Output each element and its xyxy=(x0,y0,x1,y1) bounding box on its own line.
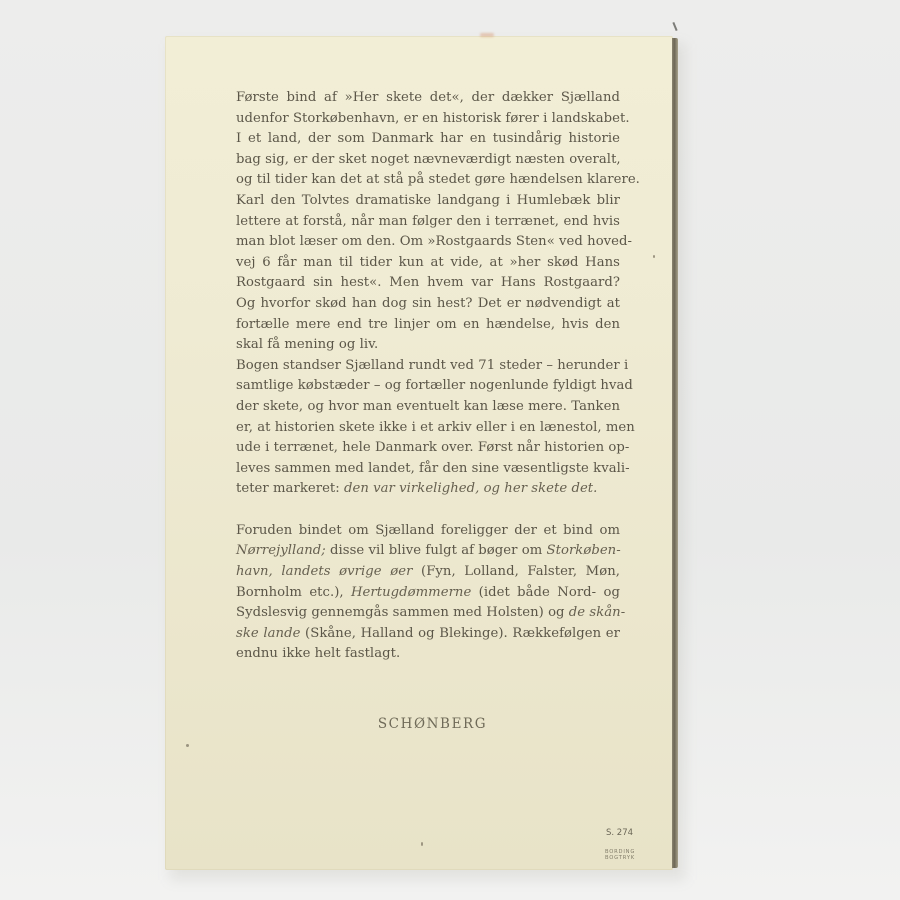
italic-title: Nørrejylland; xyxy=(236,543,326,558)
photo-scene: Første bind af »Her skete det«, der dækk… xyxy=(0,0,900,900)
text-line: teter markeret: den var virkelighed, og … xyxy=(236,479,620,500)
text-fragment: Bornholm etc.), xyxy=(236,585,351,600)
text-fragment: Sydslesvig gennemgås sammen med Holsten)… xyxy=(236,605,569,620)
printer-imprint: BORDING BOGTRYK xyxy=(605,849,635,861)
paragraph-intro: Første bind af »Her skete det«, der dækk… xyxy=(236,88,620,356)
italic-title: havn, landets øvrige øer xyxy=(236,564,412,579)
text-line: fortælle mere end tre linjer om en hænde… xyxy=(236,315,620,336)
blurb-text: Første bind af »Her skete det«, der dækk… xyxy=(236,88,620,665)
dust-speck xyxy=(186,744,189,747)
text-fragment: teter markeret: xyxy=(236,481,344,496)
text-fragment: (idet både Nord- og xyxy=(471,585,620,600)
paragraph-description: Bogen standser Sjælland rundt ved 71 ste… xyxy=(236,356,620,500)
text-line: der skete, og hvor man eventuelt kan læs… xyxy=(236,397,620,418)
paragraph-series: Foruden bindet om Sjælland foreligger de… xyxy=(236,521,620,665)
dust-speck xyxy=(653,255,655,258)
text-line: Karl den Tolvtes dramatiske landgang i H… xyxy=(236,191,620,212)
text-line: bag sig, er der sket noget nævneværdigt … xyxy=(236,150,620,171)
publisher-name: SCHØNBERG xyxy=(165,716,700,732)
text-line: havn, landets øvrige øer (Fyn, Lolland, … xyxy=(236,562,620,583)
text-line: Foruden bindet om Sjælland foreligger de… xyxy=(236,521,620,542)
text-line: man blot læser om den. Om »Rostgaards St… xyxy=(236,232,620,253)
italic-title: Hertugdømmerne xyxy=(351,585,471,600)
book-spine-edge xyxy=(672,38,678,868)
italic-quote: den var virkelighed, og her skete det. xyxy=(344,481,597,496)
text-line: ske lande (Skåne, Halland og Blekinge). … xyxy=(236,624,620,645)
text-line: Første bind af »Her skete det«, der dækk… xyxy=(236,88,620,109)
text-line: ude i terrænet, hele Danmark over. Først… xyxy=(236,438,620,459)
text-line: skal få mening og liv. xyxy=(236,335,620,356)
text-line: udenfor Storkøbenhavn, er en historisk f… xyxy=(236,109,620,130)
text-fragment: disse vil blive fulgt af bøger om xyxy=(326,543,547,558)
italic-title: de skån- xyxy=(569,605,625,620)
text-line: Bogen standser Sjælland rundt ved 71 ste… xyxy=(236,356,620,377)
text-line: Rostgaard sin hest«. Men hvem var Hans R… xyxy=(236,273,620,294)
italic-title: Storkøben- xyxy=(547,543,621,558)
catalog-number: S. 274 xyxy=(606,828,633,838)
text-line: er, at historien skete ikke i et arkiv e… xyxy=(236,418,620,439)
text-line: Sydslesvig gennemgås sammen med Holsten)… xyxy=(236,603,620,624)
printer-line: BOGTRYK xyxy=(605,855,635,861)
text-line: Og hvorfor skød han dog sin hest? Det er… xyxy=(236,294,620,315)
text-line: endnu ikke helt fastlagt. xyxy=(236,644,620,665)
italic-title: ske lande xyxy=(236,626,300,641)
cover-stain xyxy=(480,33,494,37)
text-line: vej 6 får man til tider kun at vide, at … xyxy=(236,253,620,274)
text-fragment: (Fyn, Lolland, Falster, Møn, xyxy=(412,564,620,579)
text-line: I et land, der som Danmark har en tusind… xyxy=(236,129,620,150)
text-line: Nørrejylland; disse vil blive fulgt af b… xyxy=(236,541,620,562)
dust-speck xyxy=(421,842,423,846)
text-line: Bornholm etc.), Hertugdømmerne (idet båd… xyxy=(236,583,620,604)
text-line: samtlige købstæder – og fortæller nogenl… xyxy=(236,376,620,397)
text-line: leves sammen med landet, får den sine væ… xyxy=(236,459,620,480)
text-line: lettere at forstå, når man følger den i … xyxy=(236,212,620,233)
pencil-mark xyxy=(672,22,677,31)
paragraph-spacer xyxy=(236,500,620,521)
text-line: og til tider kan det at stå på stedet gø… xyxy=(236,170,620,191)
text-fragment: (Skåne, Halland og Blekinge). Rækkefølge… xyxy=(300,626,620,641)
